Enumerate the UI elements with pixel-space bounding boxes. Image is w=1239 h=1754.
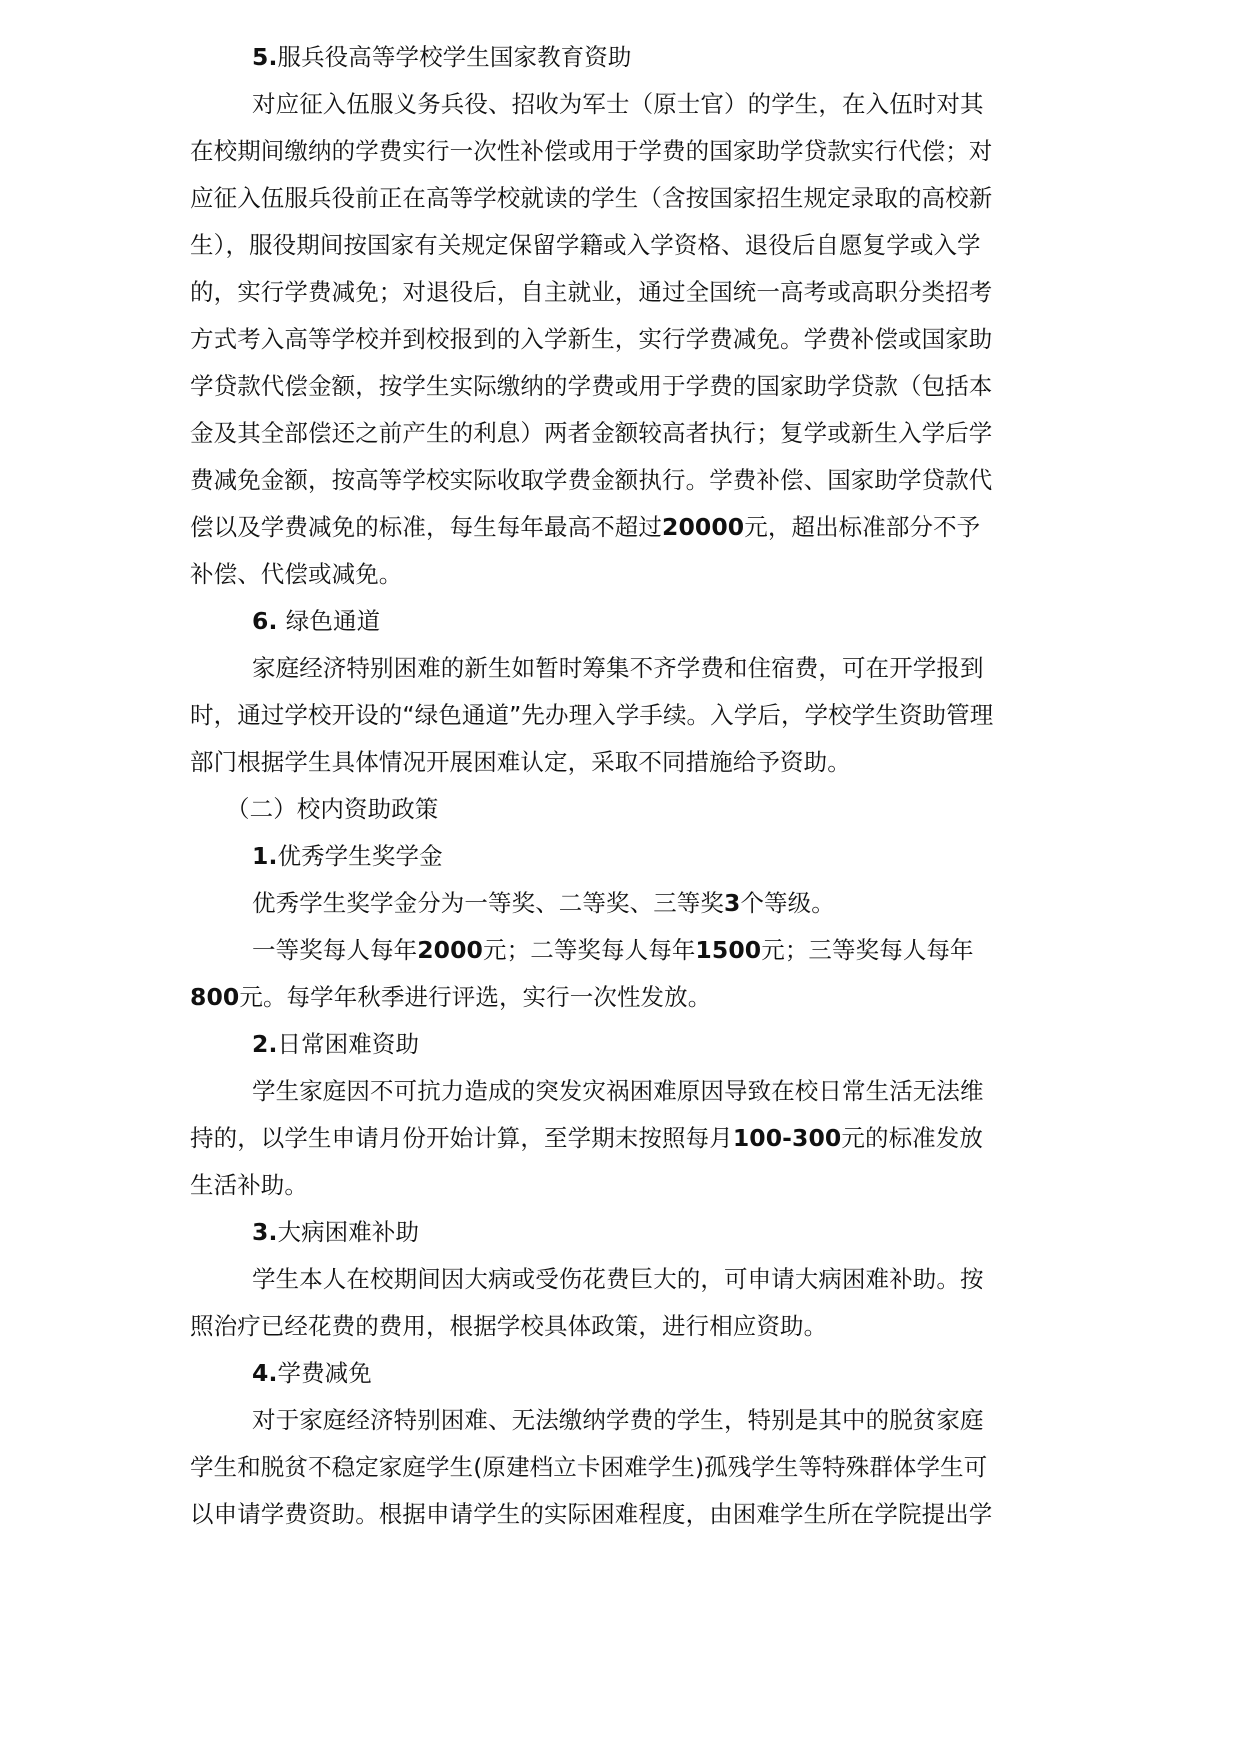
paragraph-line: 生活补助。	[190, 1170, 308, 1200]
text: 个等级。	[740, 889, 834, 917]
paragraph-line: 应征入伍服兵役前正在高等学校就读的学生（含按国家招生规定录取的高校新	[190, 183, 992, 213]
paragraph-line: 部门根据学生具体情况开展困难认定，采取不同措施给予资助。	[190, 747, 851, 777]
paragraph-line: 800元。每学年秋季进行评选，实行一次性发放。	[190, 982, 711, 1012]
text: 元。每学年秋季进行评选，实行一次性发放。	[239, 983, 711, 1011]
text: 元；二等奖每人每年	[483, 936, 695, 964]
paragraph-line: 费减免金额，按高等学校实际收取学费金额执行。学费补偿、国家助学贷款代	[190, 465, 992, 495]
paragraph-line: 方式考入高等学校并到校报到的入学新生，实行学费减免。学费补偿或国家助	[190, 324, 992, 354]
heading-text: 绿色通道	[286, 607, 380, 635]
heading-4: 4.学费减免	[252, 1358, 372, 1388]
heading-number: 5.	[252, 43, 277, 71]
paragraph-line: 照治疗已经花费的费用，根据学校具体政策，进行相应资助。	[190, 1311, 827, 1341]
heading-text: 日常困难资助	[277, 1030, 419, 1058]
amount-20000: 20000	[662, 513, 744, 541]
paragraph-line: 对应征入伍服义务兵役、招收为军士（原士官）的学生，在入伍时对其	[252, 89, 984, 119]
paragraph-line: 偿以及学费减免的标准，每生每年最高不超过20000元，超出标准部分不予	[190, 512, 980, 542]
paragraph-line: 学生本人在校期间因大病或受伤花费巨大的，可申请大病困难补助。按	[252, 1264, 984, 1294]
amount-2000: 2000	[417, 936, 483, 964]
amount-1500: 1500	[695, 936, 761, 964]
heading-text: 大病困难补助	[277, 1218, 419, 1246]
heading-1: 1.优秀学生奖学金	[252, 841, 443, 871]
paragraph-line: 对于家庭经济特别困难、无法缴纳学费的学生，特别是其中的脱贫家庭	[252, 1405, 984, 1435]
paragraph-line: 在校期间缴纳的学费实行一次性补偿或用于学费的国家助学贷款实行代偿；对	[190, 136, 992, 166]
paragraph-line: 以申请学费资助。根据申请学生的实际困难程度，由困难学生所在学院提出学	[190, 1499, 992, 1529]
text: 持的，以学生申请月份开始计算，至学期末按照每月	[190, 1124, 733, 1152]
text: 元，超出标准部分不予	[744, 513, 980, 541]
amount-3: 3	[724, 889, 740, 917]
paragraph-line: 一等奖每人每年2000元；二等奖每人每年1500元；三等奖每人每年	[252, 935, 974, 965]
text: 元；三等奖每人每年	[761, 936, 973, 964]
paragraph-line: 持的，以学生申请月份开始计算，至学期末按照每月100-300元的标准发放	[190, 1123, 983, 1153]
amount-100-300: 100-300	[733, 1124, 842, 1152]
heading-text: 优秀学生奖学金	[277, 842, 442, 870]
text: 一等奖每人每年	[252, 936, 417, 964]
section-heading: （二）校内资助政策	[226, 794, 438, 824]
paragraph-line: 学生和脱贫不稳定家庭学生(原建档立卡困难学生)孤残学生等特殊群体学生可	[190, 1452, 987, 1482]
heading-6: 6. 绿色通道	[252, 606, 380, 636]
paragraph-line: 补偿、代偿或减免。	[190, 559, 402, 589]
paragraph-line: 的，实行学费减免；对退役后，自主就业，通过全国统一高考或高职分类招考	[190, 277, 992, 307]
paragraph-line: 家庭经济特别困难的新生如暂时筹集不齐学费和住宿费，可在开学报到	[252, 653, 984, 683]
heading-number: 2.	[252, 1030, 277, 1058]
text: 优秀学生奖学金分为一等奖、二等奖、三等奖	[252, 889, 724, 917]
text: 偿以及学费减免的标准，每生每年最高不超过	[190, 513, 662, 541]
document-page: 5.服兵役高等学校学生国家教育资助 对应征入伍服义务兵役、招收为军士（原士官）的…	[0, 0, 1239, 1754]
heading-number: 3.	[252, 1218, 277, 1246]
paragraph-line: 金及其全部偿还之前产生的利息）两者金额较高者执行；复学或新生入学后学	[190, 418, 992, 448]
paragraph-line: 生），服役期间按国家有关规定保留学籍或入学资格、退役后自愿复学或入学	[190, 230, 981, 260]
text: 元的标准发放	[841, 1124, 983, 1152]
paragraph-line: 学贷款代偿金额，按学生实际缴纳的学费或用于学费的国家助学贷款（包括本	[190, 371, 992, 401]
heading-number: 1.	[252, 842, 277, 870]
heading-5: 5.服兵役高等学校学生国家教育资助	[252, 42, 631, 72]
heading-text: 服兵役高等学校学生国家教育资助	[277, 43, 631, 71]
heading-number: 4.	[252, 1359, 277, 1387]
amount-800: 800	[190, 983, 239, 1011]
paragraph-line: 时，通过学校开设的“绿色通道”先办理入学手续。入学后，学校学生资助管理	[190, 700, 993, 730]
heading-2: 2.日常困难资助	[252, 1029, 419, 1059]
heading-3: 3.大病困难补助	[252, 1217, 419, 1247]
paragraph-line: 学生家庭因不可抗力造成的突发灾祸困难原因导致在校日常生活无法维	[252, 1076, 984, 1106]
paragraph-line: 优秀学生奖学金分为一等奖、二等奖、三等奖3个等级。	[252, 888, 835, 918]
heading-text: 学费减免	[277, 1359, 371, 1387]
heading-number: 6.	[252, 607, 286, 635]
